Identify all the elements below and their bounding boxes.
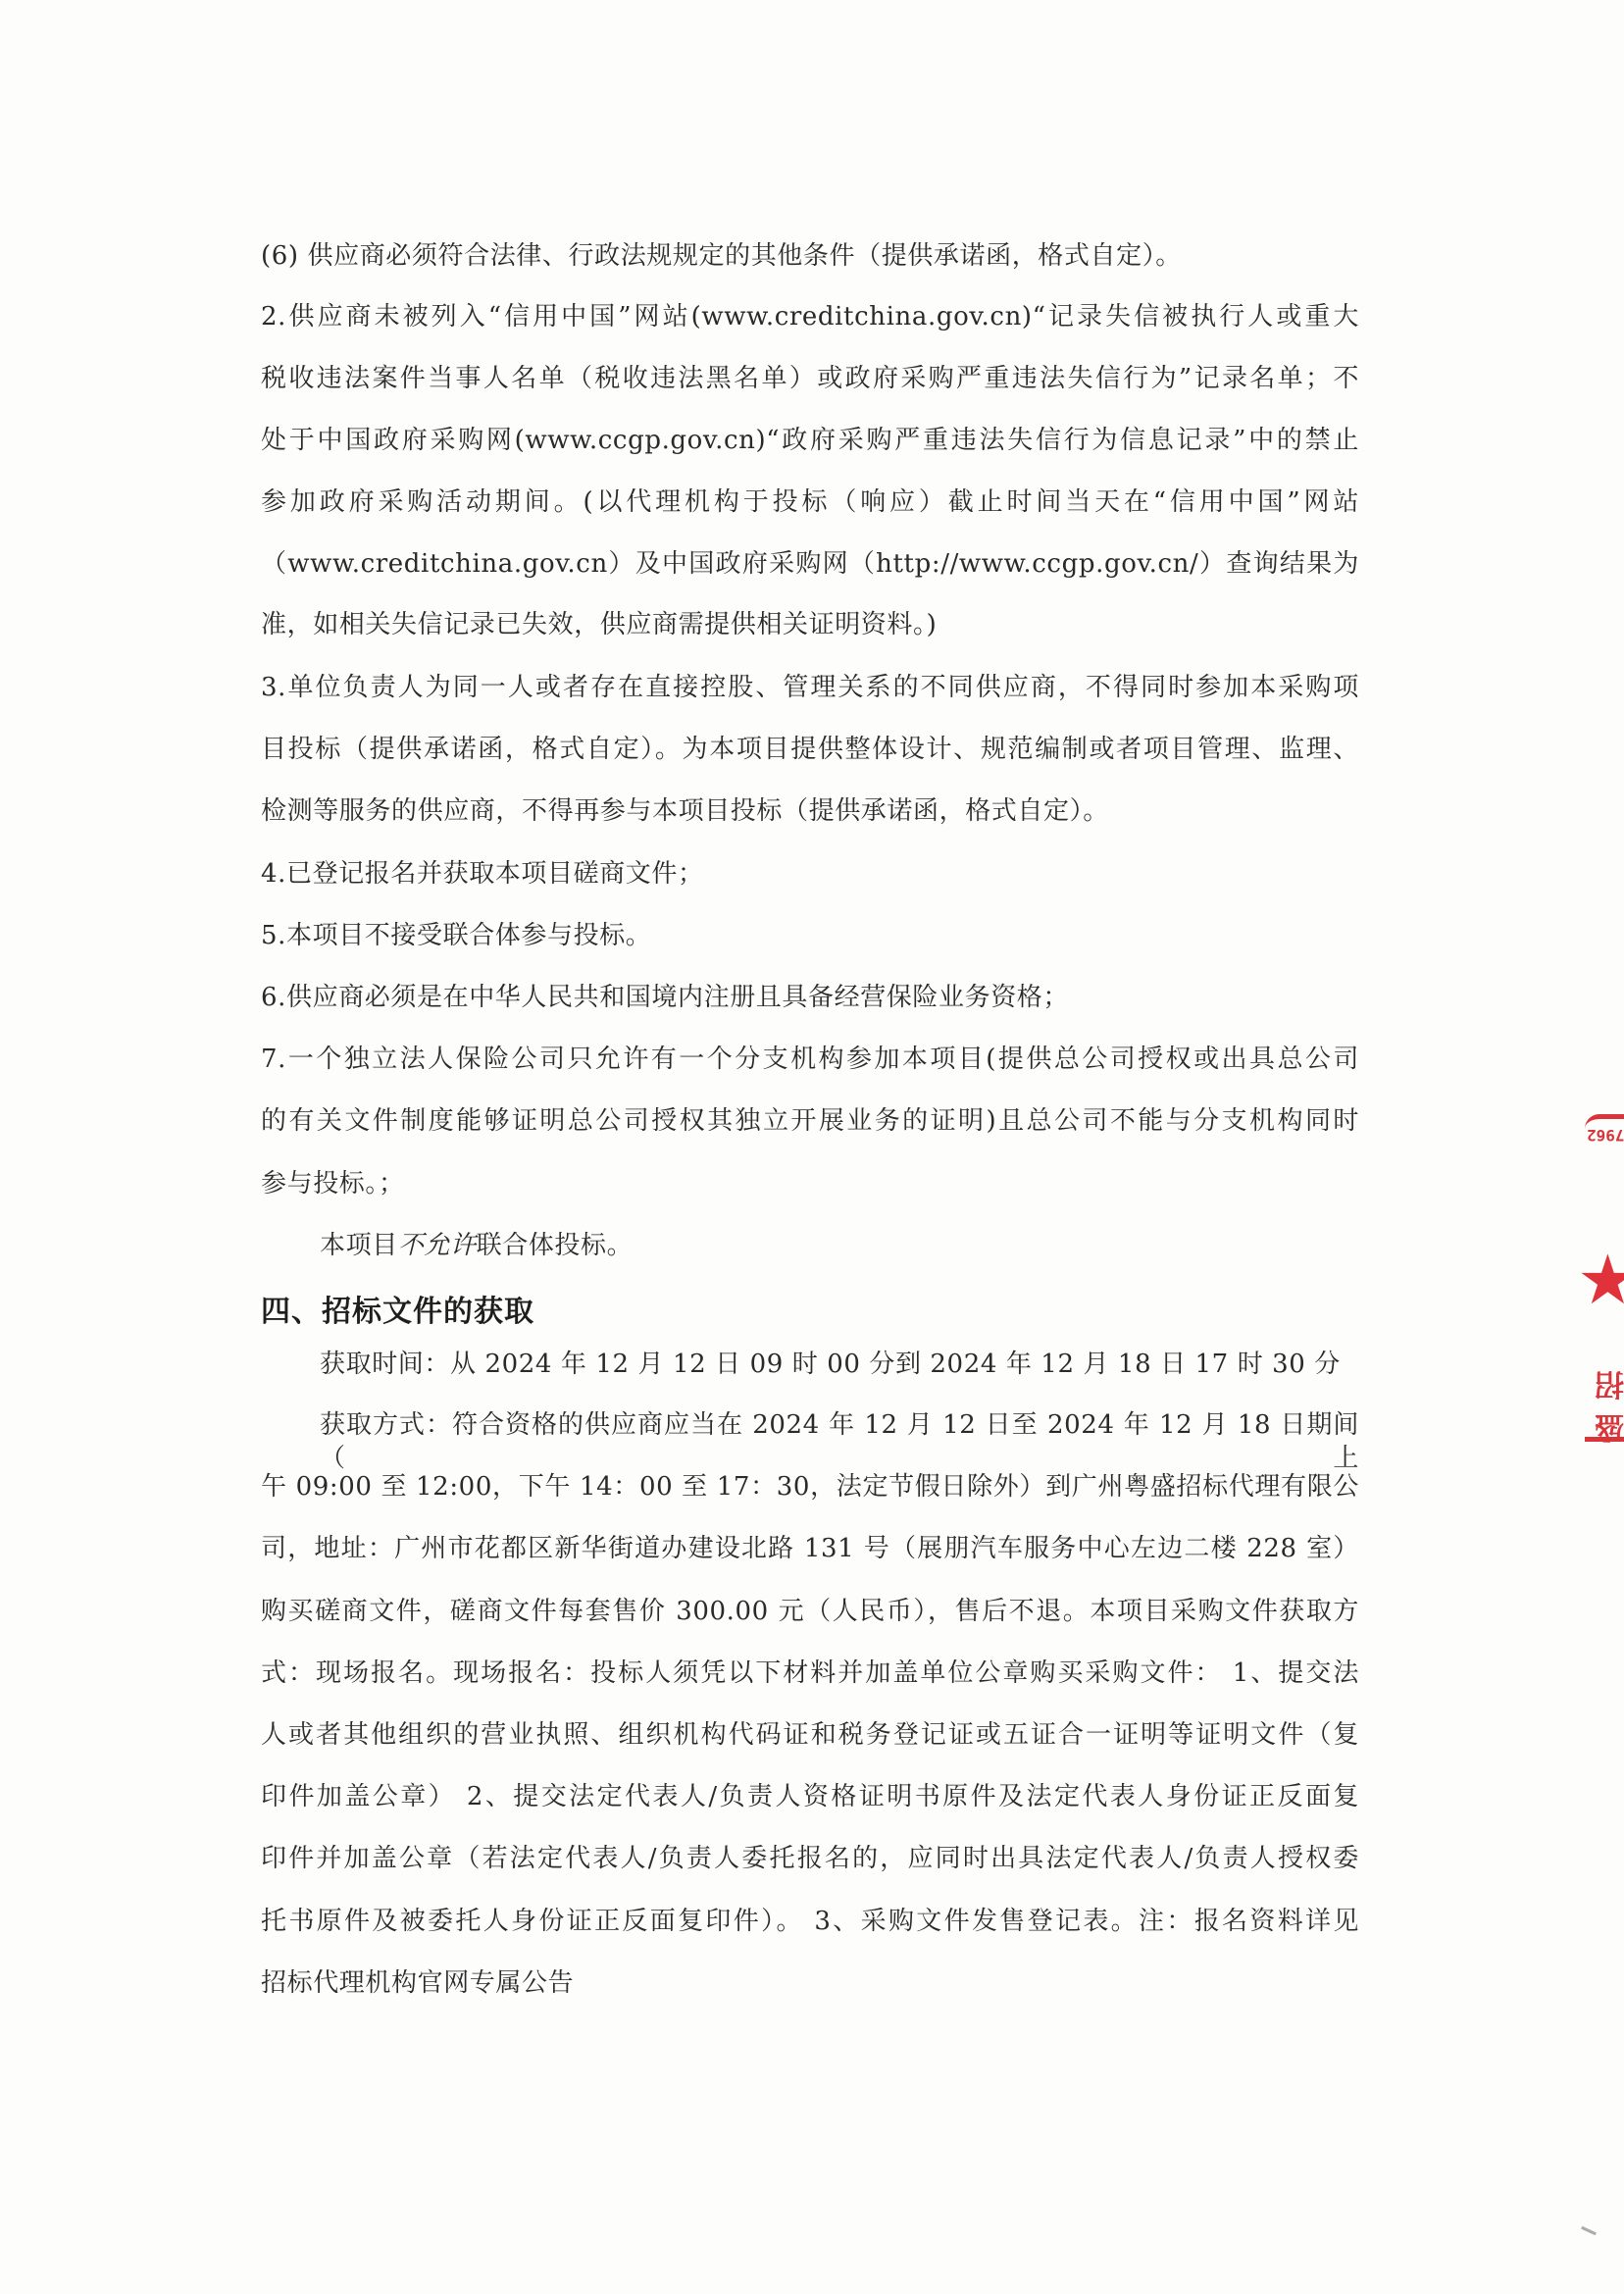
- company-seal-stamp: 7962 ★ 盛招: [1579, 1108, 1624, 1442]
- consortium-note: 本项目不允许联合体投标。: [320, 1229, 1359, 1262]
- acquisition-method-line: 托书原件及被委托人身份证正反面复印件）。 3、采购文件发售登记表。注：报名资料详…: [261, 1905, 1359, 1938]
- text-line: (6) 供应商必须符合法律、行政法规规定的其他条件（提供承诺函，格式自定）。: [261, 239, 1359, 273]
- text-line: 税收违法案件当事人名单（税收违法黑名单）或政府采购严重违法失信行为”记录名单；不: [261, 362, 1359, 395]
- text-line: 准，如相关失信记录已失效，供应商需提供相关证明资料。): [261, 608, 1359, 641]
- acquisition-method-line: 印件加盖公章） 2、提交法定代表人/负责人资格证明书原件及法定代表人身份证正反面…: [261, 1780, 1359, 1813]
- acquisition-method-line: 人或者其他组织的营业执照、组织机构代码证和税务登记证或五证合一证明等证明文件（复: [261, 1718, 1359, 1752]
- acquisition-time: 获取时间：从 2024 年 12 月 12 日 09 时 00 分到 2024 …: [320, 1348, 1359, 1381]
- text-line: 6.供应商必须是在中华人民共和国境内注册且具备经营保险业务资格；: [261, 981, 1359, 1014]
- acquisition-method-line: 购买磋商文件，磋商文件每套售价 300.00 元（人民币），售后不退。本项目采购…: [261, 1595, 1359, 1628]
- text-line: 处于中国政府采购网(www.ccgp.gov.cn)“政府采购严重违法失信行为信…: [261, 424, 1359, 457]
- text-line: 参与投标。；: [261, 1167, 1359, 1200]
- acquisition-method-line: 印件并加盖公章（若法定代表人/负责人委托报名的，应同时出具法定代表人/负责人授权…: [261, 1842, 1359, 1875]
- acquisition-method-line: 招标代理机构官网专属公告: [261, 1966, 1359, 2000]
- text-line: 5.本项目不接受联合体参与投标。: [261, 919, 1359, 952]
- text-line: 参加政府采购活动期间。(以代理机构于投标（响应）截止时间当天在“信用中国”网站: [261, 485, 1359, 519]
- acquisition-method-line: 司，地址：广州市花都区新华街道办建设北路 131 号（展朋汽车服务中心左边二楼 …: [261, 1532, 1359, 1565]
- consortium-emphasis: 不允许: [398, 1231, 477, 1260]
- text-line: 4.已登记报名并获取本项目磋商文件；: [261, 857, 1359, 891]
- seal-arc: [1585, 1429, 1624, 1442]
- section-heading: 四、招标文件的获取: [261, 1287, 534, 1330]
- text-line: 3.单位负责人为同一人或者存在直接控股、管理关系的不同供应商，不得同时参加本采购…: [261, 671, 1359, 704]
- acquisition-method-line: 午 09:00 至 12:00，下午 14：00 至 17：30，法定节假日除外…: [261, 1470, 1359, 1504]
- text-line: 检测等服务的供应商，不得再参与本项目投标（提供承诺函，格式自定）。: [261, 794, 1359, 828]
- acquisition-method-line: 式：现场报名。现场报名：投标人须凭以下材料并加盖单位公章购买采购文件： 1、提交…: [261, 1657, 1359, 1690]
- document-page: (6) 供应商必须符合法律、行政法规规定的其他条件（提供承诺函，格式自定）。 2…: [0, 0, 1624, 2294]
- acquisition-method-line: 获取方式：符合资格的供应商应当在 2024 年 12 月 12 日至 2024 …: [320, 1408, 1359, 1475]
- text-line: 目投标（提供承诺函，格式自定）。为本项目提供整体设计、规范编制或者项目管理、监理…: [261, 733, 1359, 766]
- scan-mark: [1581, 2226, 1597, 2235]
- text-line: （www.creditchina.gov.cn）及中国政府采购网（http://…: [261, 547, 1359, 581]
- text-line: 7.一个独立法人保险公司只允许有一个分支机构参加本项目(提供总公司授权或出具总公…: [261, 1043, 1359, 1076]
- text-line: 的有关文件制度能够证明总公司授权其独立开展业务的证明)且总公司不能与分支机构同时: [261, 1104, 1359, 1138]
- text-line: 2.供应商未被列入“信用中国”网站(www.creditchina.gov.cn…: [261, 300, 1359, 333]
- star-icon: ★: [1577, 1246, 1624, 1314]
- seal-number: 7962: [1587, 1126, 1624, 1145]
